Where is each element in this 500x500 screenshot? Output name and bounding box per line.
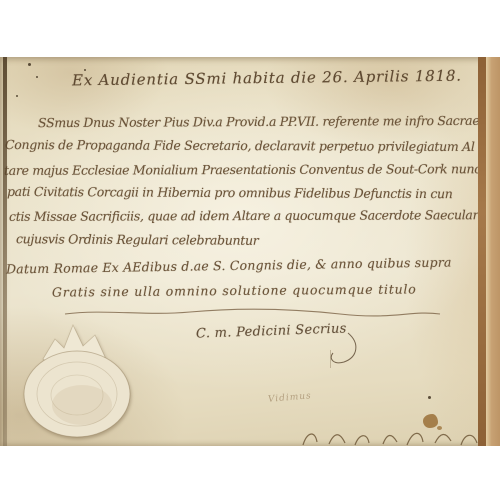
ink-blot xyxy=(423,414,438,428)
vidimus-note: Vidimus xyxy=(268,392,312,405)
manuscript-line: ctis Missae Sacrificiis, quae ad idem Al… xyxy=(9,209,500,223)
manuscript-line: cujusvis Ordinis Regulari celebrabuntur xyxy=(16,233,259,247)
paper-crease xyxy=(330,350,331,368)
manuscript-photo: Ex Audientia SSmi habita die 26. Aprilis… xyxy=(0,57,500,446)
signature-flourish xyxy=(318,331,370,373)
cutoff-handwriting xyxy=(295,424,500,446)
frame-edge-left-icon xyxy=(3,57,7,446)
ink-speck xyxy=(84,69,86,71)
ink-speck xyxy=(36,76,38,78)
mat-border-icon xyxy=(486,57,500,446)
ink-speck xyxy=(428,396,431,399)
ink-speck xyxy=(16,95,18,97)
ink-blot-dot xyxy=(437,426,442,430)
ink-speck xyxy=(28,63,31,66)
embossed-seal xyxy=(6,315,166,446)
manuscript-line: pati Civitatis Corcagii in Hibernia pro … xyxy=(7,186,453,201)
manuscript-line: tare majus Ecclesiae Monialium Praesenta… xyxy=(4,163,489,177)
screenshot-canvas: Ex Audientia SSmi habita die 26. Aprilis… xyxy=(0,0,500,500)
document-title: Ex Audientia SSmi habita die 26. Aprilis… xyxy=(72,69,462,89)
gratis-line: Gratis sine ulla omnino solutione quocum… xyxy=(52,283,417,299)
datum-line: Datum Romae Ex AEdibus d.ae S. Congnis d… xyxy=(6,257,452,276)
frame-edge-right-icon xyxy=(478,57,486,446)
manuscript-line: SSmus Dnus Noster Pius Div.a Provid.a PP… xyxy=(38,115,479,130)
manuscript-line: Congnis de Propaganda Fide Secretario, d… xyxy=(5,139,475,154)
